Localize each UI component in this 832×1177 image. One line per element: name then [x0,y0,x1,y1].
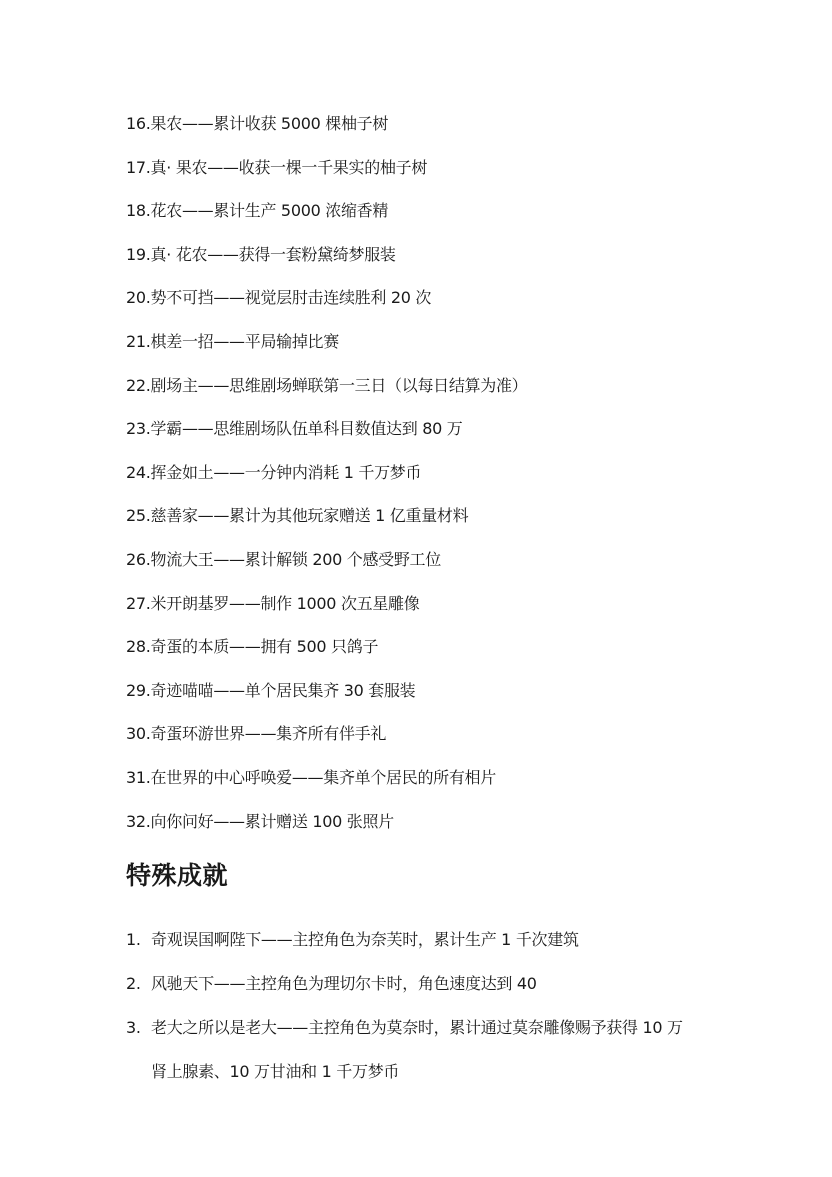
item-text: 向你问好——累计赠送 100 张照片 [151,812,394,831]
item-text: 棋差一招——平局输掉比赛 [151,332,339,351]
special-achievement-list: 1. 奇观误国啊陛下——主控角色为奈芙时，累计生产 1 千次建筑 2. 风驰天下… [126,918,731,1094]
list-item: 2. 风驰天下——主控角色为理切尔卡时，角色速度达到 40 [126,962,731,1006]
item-number: 16. [126,114,151,133]
list-item: 31.在世界的中心呼唤爱——集齐单个居民的所有相片 [126,766,527,810]
item-number: 30. [126,724,151,743]
item-number: 26. [126,550,151,569]
item-text: 慈善家——累计为其他玩家赠送 1 亿重量材料 [151,506,469,525]
item-number: 1. [126,918,141,962]
item-number: 23. [126,419,151,438]
list-item: 27.米开朗基罗——制作 1000 次五星雕像 [126,592,527,636]
item-number: 21. [126,332,151,351]
item-text: 挥金如土——一分钟内消耗 1 千万梦币 [151,463,422,482]
item-number: 27. [126,594,151,613]
list-item: 26.物流大王——累计解锁 200 个感受野工位 [126,548,527,592]
item-number: 24. [126,463,151,482]
item-text: 果农——累计收获 5000 棵柚子树 [151,114,389,133]
item-text: 奇观误国啊陛下——主控角色为奈芙时，累计生产 1 千次建筑 [151,918,731,962]
item-number: 2. [126,962,141,1006]
list-item: 22.剧场主——思维剧场蝉联第一三日（以每日结算为准） [126,374,527,418]
item-text: 花农——累计生产 5000 浓缩香精 [151,201,389,220]
item-number: 25. [126,506,151,525]
list-item: 24.挥金如土——一分钟内消耗 1 千万梦币 [126,461,527,505]
list-item: 3. 老大之所以是老大——主控角色为莫奈时，累计通过莫奈雕像赐予获得 10 万 … [126,1006,731,1094]
item-number: 29. [126,681,151,700]
item-number: 22. [126,376,151,395]
item-text: 物流大王——累计解锁 200 个感受野工位 [151,550,441,569]
list-item: 23.学霸——思维剧场队伍单科目数值达到 80 万 [126,417,527,461]
section-heading: 特殊成就 [126,858,228,894]
item-text: 势不可挡——视觉层肘击连续胜利 20 次 [151,288,432,307]
item-text: 奇蛋环游世界——集齐所有伴手礼 [151,724,387,743]
item-number: 31. [126,768,151,787]
list-item: 29.奇迹喵喵——单个居民集齐 30 套服装 [126,679,527,723]
item-number: 18. [126,201,151,220]
list-item: 21.棋差一招——平局输掉比赛 [126,330,527,374]
list-item: 25.慈善家——累计为其他玩家赠送 1 亿重量材料 [126,504,527,548]
list-item: 32.向你问好——累计赠送 100 张照片 [126,810,527,854]
item-text: 学霸——思维剧场队伍单科目数值达到 80 万 [151,419,463,438]
list-item: 18.花农——累计生产 5000 浓缩香精 [126,199,527,243]
item-text: 在世界的中心呼唤爱——集齐单个居民的所有相片 [151,768,496,787]
achievement-list: 16.果农——累计收获 5000 棵柚子树 17.真· 果农——收获一棵一千果实… [126,112,527,853]
list-item: 17.真· 果农——收获一棵一千果实的柚子树 [126,156,527,200]
item-number: 17. [126,158,151,177]
item-number: 20. [126,288,151,307]
list-item: 30.奇蛋环游世界——集齐所有伴手礼 [126,722,527,766]
item-number: 28. [126,637,151,656]
item-number: 3. [126,1006,141,1050]
item-text: 奇迹喵喵——单个居民集齐 30 套服装 [151,681,416,700]
list-item: 20.势不可挡——视觉层肘击连续胜利 20 次 [126,286,527,330]
item-text: 风驰天下——主控角色为理切尔卡时，角色速度达到 40 [151,962,731,1006]
list-item: 16.果农——累计收获 5000 棵柚子树 [126,112,527,156]
item-number: 19. [126,245,151,264]
list-item: 19.真· 花农——获得一套粉黛绮梦服装 [126,243,527,287]
item-number: 32. [126,812,151,831]
list-item: 1. 奇观误国啊陛下——主控角色为奈芙时，累计生产 1 千次建筑 [126,918,731,962]
list-item: 28.奇蛋的本质——拥有 500 只鸽子 [126,635,527,679]
item-text: 老大之所以是老大——主控角色为莫奈时，累计通过莫奈雕像赐予获得 10 万 [151,1006,731,1050]
item-text: 剧场主——思维剧场蝉联第一三日（以每日结算为准） [151,376,528,395]
item-text-continued: 肾上腺素、10 万甘油和 1 千万梦币 [151,1050,731,1094]
item-text: 真· 花农——获得一套粉黛绮梦服装 [151,245,396,264]
item-text: 奇蛋的本质——拥有 500 只鸽子 [151,637,379,656]
item-text: 真· 果农——收获一棵一千果实的柚子树 [151,158,427,177]
item-text: 米开朗基罗——制作 1000 次五星雕像 [151,594,420,613]
document-page: 16.果农——累计收获 5000 棵柚子树 17.真· 果农——收获一棵一千果实… [0,0,832,1177]
